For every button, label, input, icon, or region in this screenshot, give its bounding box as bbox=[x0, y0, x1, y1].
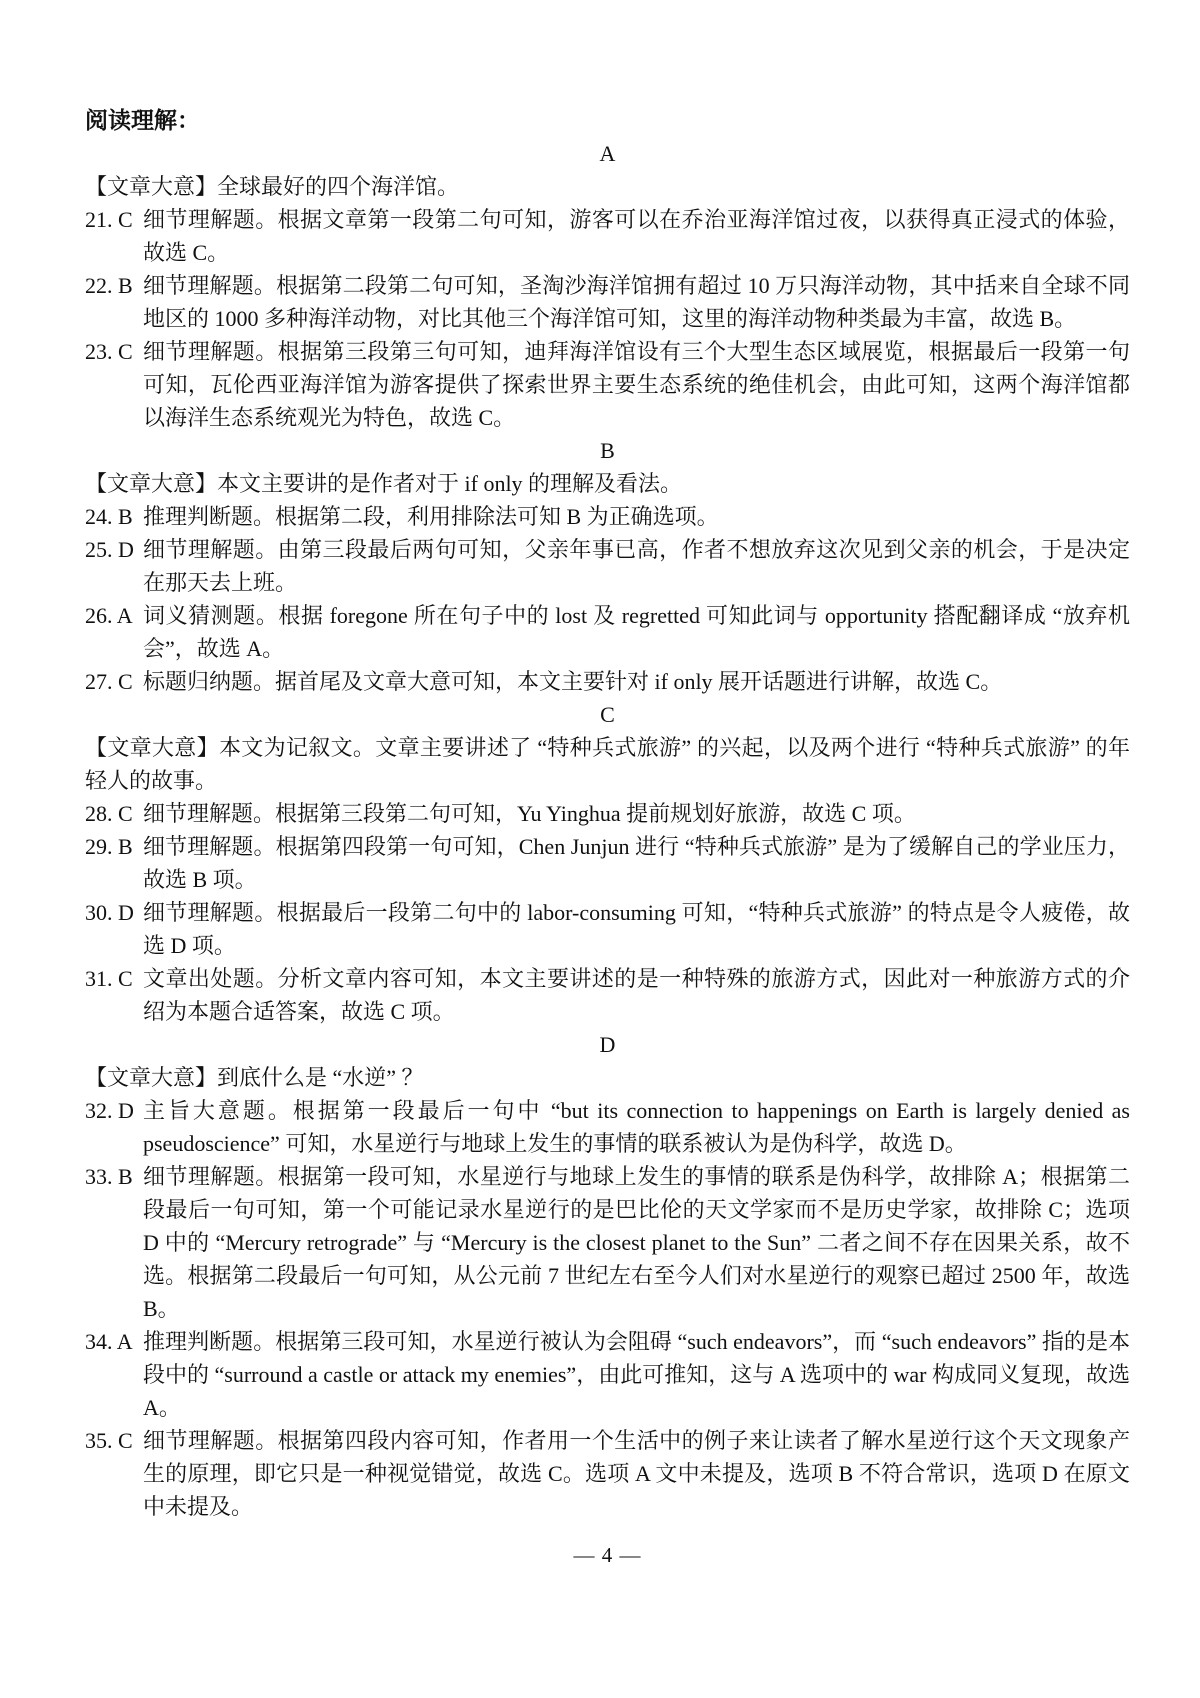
item-number: 31. C bbox=[85, 962, 143, 995]
section-summary-a: 【文章大意】全球最好的四个海洋馆。 bbox=[85, 170, 1130, 203]
answer-key-page: 阅读理解： A 【文章大意】全球最好的四个海洋馆。 21. C 细节理解题。根据… bbox=[0, 0, 1200, 1698]
item-number: 28. C bbox=[85, 797, 143, 830]
item-explanation: 细节理解题。根据第四段第一句可知，Chen Junjun 进行 “特种兵式旅游”… bbox=[143, 830, 1130, 896]
item-explanation: 文章出处题。分析文章内容可知，本文主要讲述的是一种特殊的旅游方式，因此对一种旅游… bbox=[143, 962, 1130, 1028]
answer-item-32: 32. D 主旨大意题。根据第一段最后一句中 “but its connecti… bbox=[85, 1094, 1130, 1160]
section-label-c: C bbox=[85, 698, 1130, 731]
answer-item-30: 30. D 细节理解题。根据最后一段第二句中的 labor-consuming … bbox=[85, 896, 1130, 962]
item-explanation: 细节理解题。根据第四段内容可知，作者用一个生活中的例子来让读者了解水星逆行这个天… bbox=[143, 1424, 1130, 1523]
page-title: 阅读理解： bbox=[85, 104, 1130, 137]
section-summary-c: 【文章大意】本文为记叙文。文章主要讲述了 “特种兵式旅游” 的兴起，以及两个进行… bbox=[85, 731, 1130, 797]
item-explanation: 细节理解题。根据文章第一段第二句可知，游客可以在乔治亚海洋馆过夜，以获得真正浸式… bbox=[143, 203, 1130, 269]
item-number: 33. B bbox=[85, 1160, 143, 1193]
item-explanation: 细节理解题。由第三段最后两句可知，父亲年事已高，作者不想放弃这次见到父亲的机会，… bbox=[143, 533, 1130, 599]
answer-item-34: 34. A 推理判断题。根据第三段可知，水星逆行被认为会阻碍 “such end… bbox=[85, 1325, 1130, 1424]
answer-item-25: 25. D 细节理解题。由第三段最后两句可知，父亲年事已高，作者不想放弃这次见到… bbox=[85, 533, 1130, 599]
item-explanation: 词义猜测题。根据 foregone 所在句子中的 lost 及 regrette… bbox=[143, 599, 1130, 665]
item-number: 35. C bbox=[85, 1424, 143, 1457]
item-explanation: 细节理解题。根据最后一段第二句中的 labor-consuming 可知，“特种… bbox=[143, 896, 1130, 962]
item-number: 23. C bbox=[85, 335, 143, 368]
answer-item-31: 31. C 文章出处题。分析文章内容可知，本文主要讲述的是一种特殊的旅游方式，因… bbox=[85, 962, 1130, 1028]
section-summary-d: 【文章大意】到底什么是 “水逆” ？ bbox=[85, 1061, 1130, 1094]
item-explanation: 细节理解题。根据第三段第三句可知，迪拜海洋馆设有三个大型生态区域展览，根据最后一… bbox=[143, 335, 1130, 434]
item-number: 30. D bbox=[85, 896, 143, 929]
item-explanation: 推理判断题。根据第三段可知，水星逆行被认为会阻碍 “such endeavors… bbox=[143, 1325, 1130, 1424]
section-label-d: D bbox=[85, 1028, 1130, 1061]
item-explanation: 细节理解题。根据第一段可知，水星逆行与地球上发生的事情的联系是伪科学，故排除 A… bbox=[143, 1160, 1130, 1325]
answer-item-21: 21. C 细节理解题。根据文章第一段第二句可知，游客可以在乔治亚海洋馆过夜，以… bbox=[85, 203, 1130, 269]
item-number: 34. A bbox=[85, 1325, 143, 1358]
item-explanation: 推理判断题。根据第二段，利用排除法可知 B 为正确选项。 bbox=[143, 500, 1130, 533]
item-number: 27. C bbox=[85, 665, 143, 698]
section-label-a: A bbox=[85, 137, 1130, 170]
answer-item-33: 33. B 细节理解题。根据第一段可知，水星逆行与地球上发生的事情的联系是伪科学… bbox=[85, 1160, 1130, 1325]
answer-item-22: 22. B 细节理解题。根据第二段第二句可知，圣淘沙海洋馆拥有超过 10 万只海… bbox=[85, 269, 1130, 335]
item-number: 29. B bbox=[85, 830, 143, 863]
item-number: 21. C bbox=[85, 203, 143, 236]
item-number: 25. D bbox=[85, 533, 143, 566]
answer-item-26: 26. A 词义猜测题。根据 foregone 所在句子中的 lost 及 re… bbox=[85, 599, 1130, 665]
answer-item-28: 28. C 细节理解题。根据第三段第二句可知，Yu Yinghua 提前规划好旅… bbox=[85, 797, 1130, 830]
item-number: 24. B bbox=[85, 500, 143, 533]
answer-item-24: 24. B 推理判断题。根据第二段，利用排除法可知 B 为正确选项。 bbox=[85, 500, 1130, 533]
item-number: 26. A bbox=[85, 599, 143, 632]
section-summary-b: 【文章大意】本文主要讲的是作者对于 if only 的理解及看法。 bbox=[85, 467, 1130, 500]
answer-item-23: 23. C 细节理解题。根据第三段第三句可知，迪拜海洋馆设有三个大型生态区域展览… bbox=[85, 335, 1130, 434]
item-explanation: 细节理解题。根据第二段第二句可知，圣淘沙海洋馆拥有超过 10 万只海洋动物，其中… bbox=[143, 269, 1130, 335]
answer-item-29: 29. B 细节理解题。根据第四段第一句可知，Chen Junjun 进行 “特… bbox=[85, 830, 1130, 896]
item-explanation: 标题归纳题。据首尾及文章大意可知，本文主要针对 if only 展开话题进行讲解… bbox=[143, 665, 1130, 698]
item-number: 22. B bbox=[85, 269, 143, 302]
item-number: 32. D bbox=[85, 1094, 143, 1127]
item-explanation: 细节理解题。根据第三段第二句可知，Yu Yinghua 提前规划好旅游，故选 C… bbox=[143, 797, 1130, 830]
answer-item-35: 35. C 细节理解题。根据第四段内容可知，作者用一个生活中的例子来让读者了解水… bbox=[85, 1424, 1130, 1523]
page-number: — 4 — bbox=[85, 1539, 1130, 1572]
section-label-b: B bbox=[85, 434, 1130, 467]
item-explanation: 主旨大意题。根据第一段最后一句中 “but its connection to … bbox=[143, 1094, 1130, 1160]
answer-item-27: 27. C 标题归纳题。据首尾及文章大意可知，本文主要针对 if only 展开… bbox=[85, 665, 1130, 698]
